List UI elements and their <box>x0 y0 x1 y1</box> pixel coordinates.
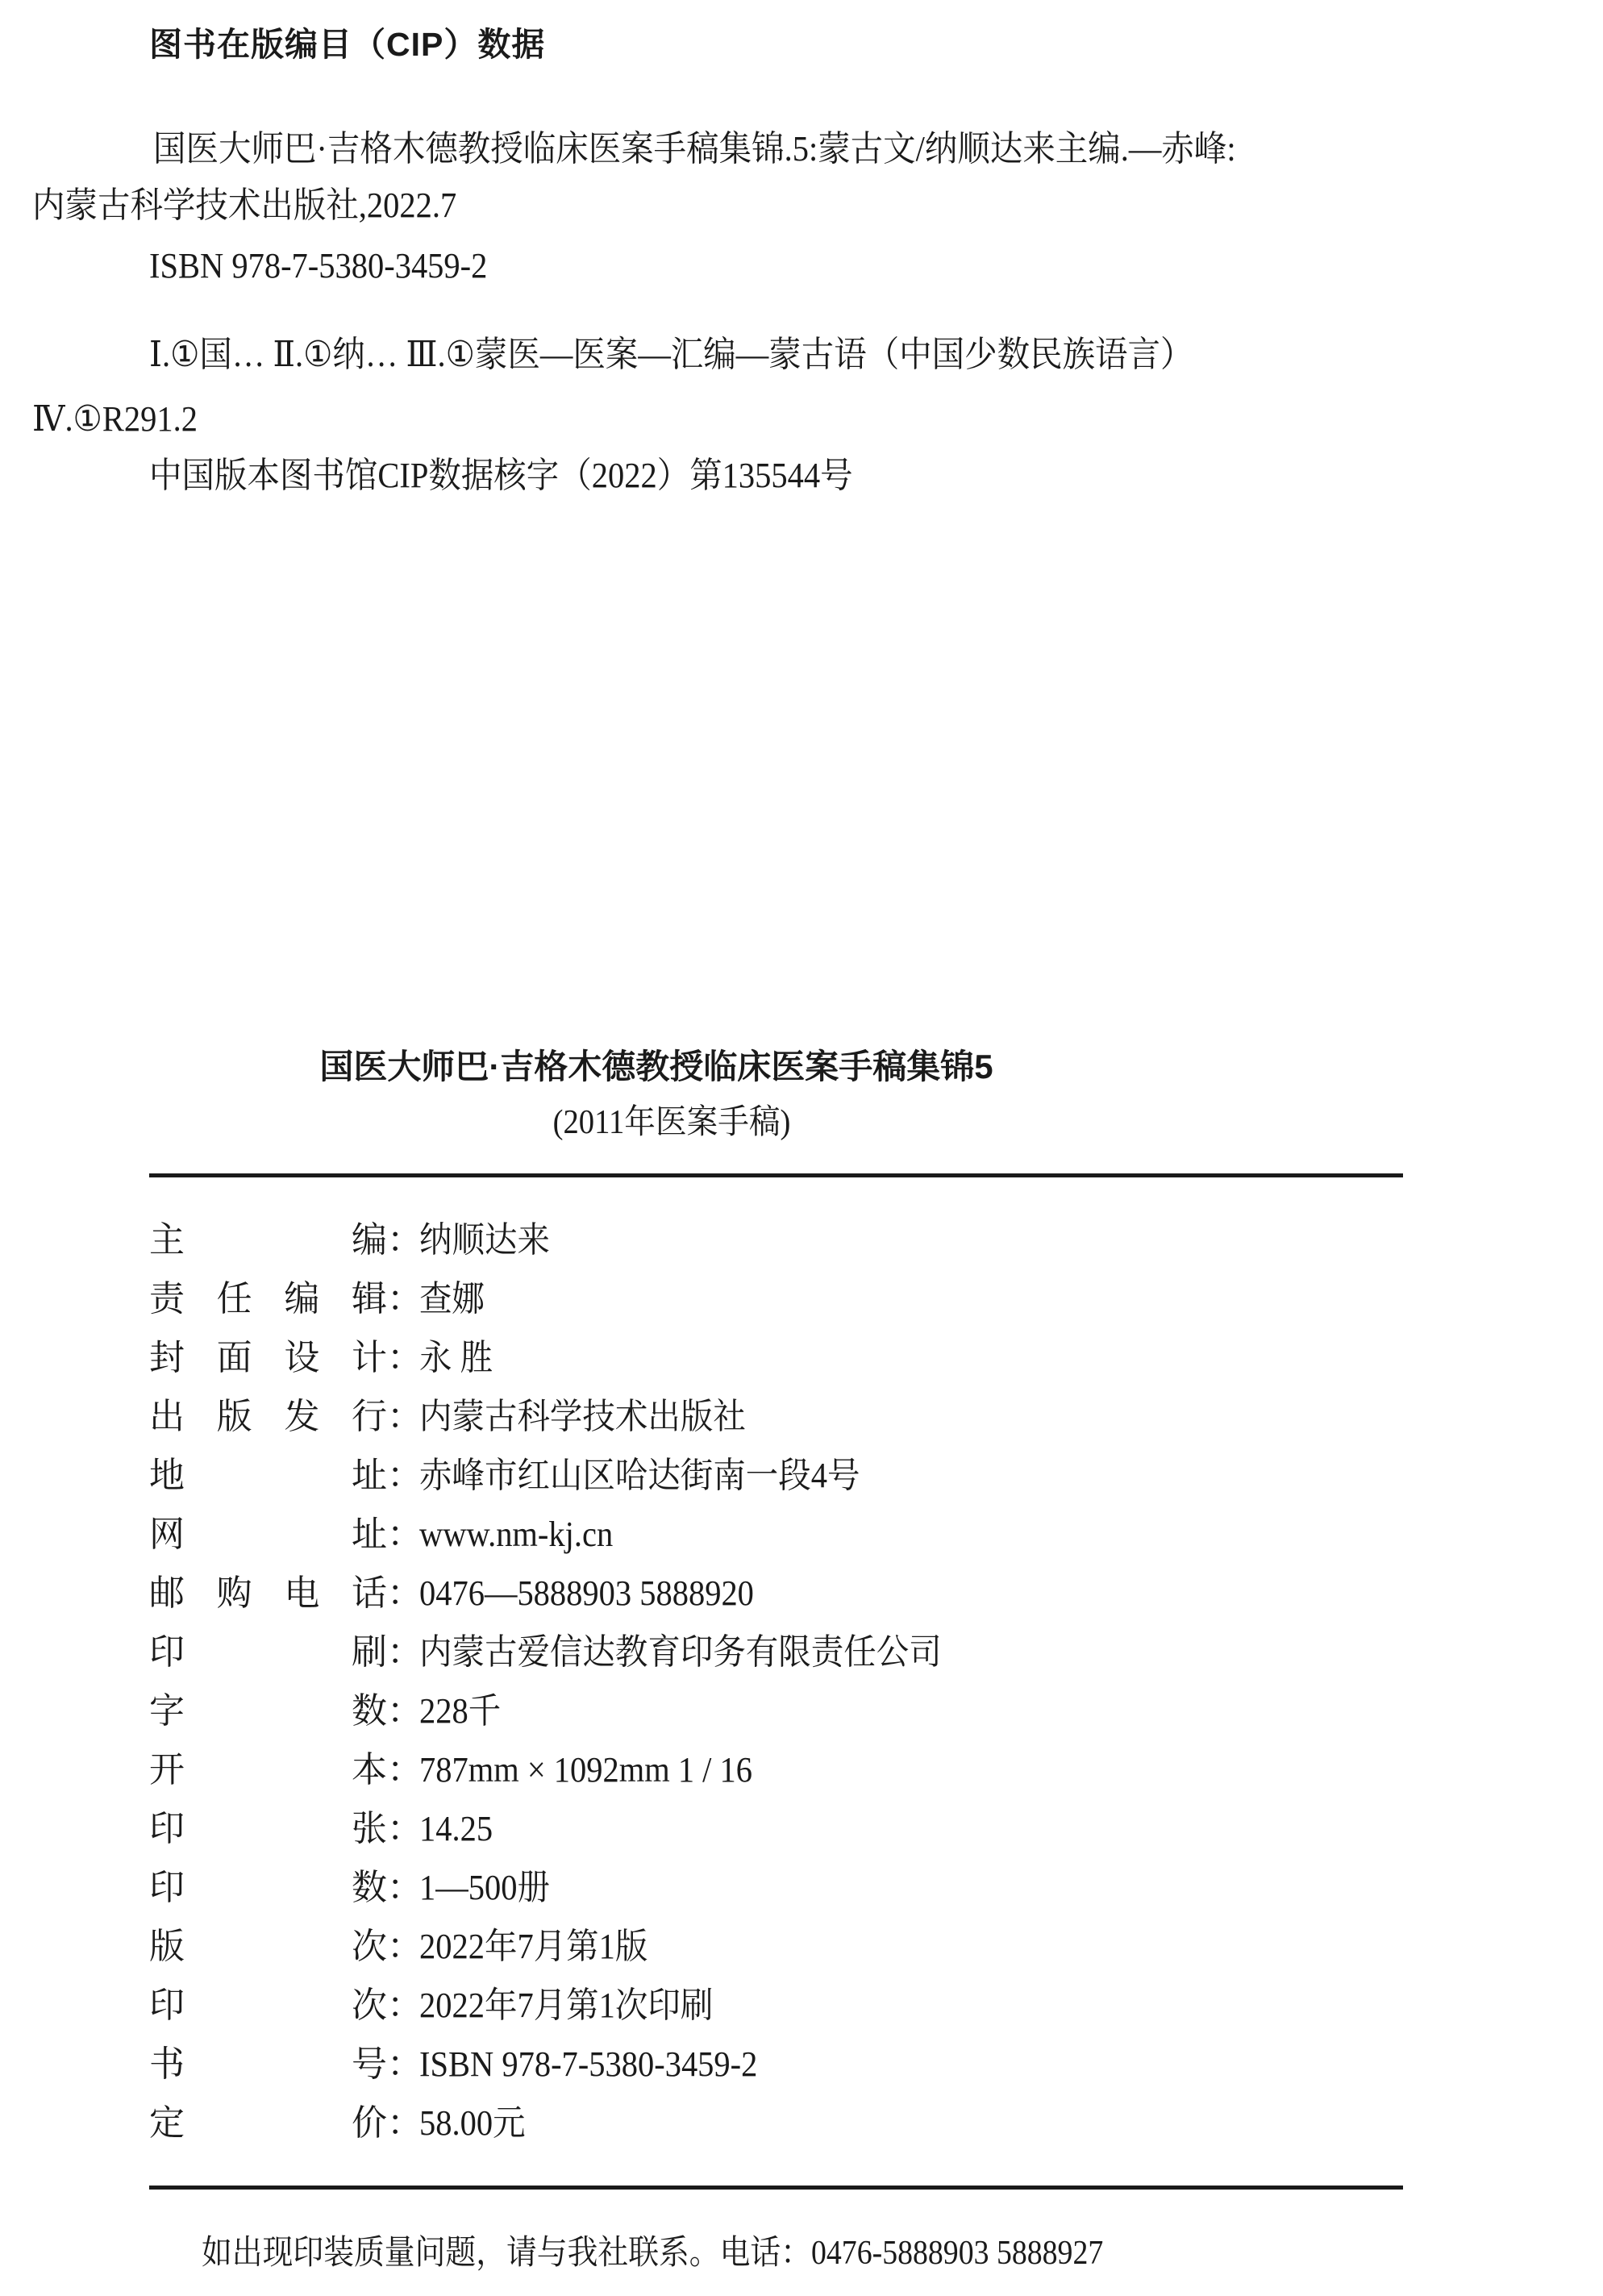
detail-value: 纳顺达来 <box>419 1216 550 1265</box>
label-colon: ： <box>387 1805 419 1853</box>
detail-label: 邮购电话 <box>149 1569 387 1618</box>
label-colon: ： <box>387 1216 419 1265</box>
label-colon: ： <box>387 1569 419 1618</box>
detail-label-char: 开 <box>149 1746 185 1794</box>
label-colon: ： <box>387 1334 419 1382</box>
detail-label-char: 邮 <box>149 1569 185 1618</box>
detail-row: 邮购电话：0476—5888903 5888920 <box>149 1569 783 1618</box>
label-colon: ： <box>387 1511 419 1559</box>
detail-value: 内蒙古爱信达教育印务有限责任公司 <box>419 1628 942 1677</box>
detail-label-char: 次 <box>352 1923 387 1971</box>
detail-value: 228千 <box>419 1687 501 1736</box>
detail-label: 出版发行 <box>149 1393 387 1441</box>
detail-label: 定价 <box>149 2099 387 2148</box>
detail-label-char: 发 <box>284 1393 319 1441</box>
detail-label-char: 版 <box>149 1923 185 1971</box>
top-divider <box>149 1173 1403 1177</box>
detail-label-char: 任 <box>217 1275 252 1323</box>
detail-label: 封面设计 <box>149 1334 387 1382</box>
detail-label: 地址 <box>149 1452 387 1500</box>
detail-value: 787mm × 1092mm 1 / 16 <box>419 1746 752 1794</box>
label-colon: ： <box>387 1393 419 1441</box>
detail-label-char: 址 <box>352 1452 387 1500</box>
detail-value: ISBN 978-7-5380-3459-2 <box>419 2040 757 2089</box>
detail-label-char: 出 <box>149 1393 185 1441</box>
detail-label-char: 责 <box>149 1275 185 1323</box>
detail-label-char: 电 <box>284 1569 319 1618</box>
detail-label-char: 印 <box>149 1805 185 1853</box>
label-colon: ： <box>387 1746 419 1794</box>
label-colon: ： <box>387 1628 419 1677</box>
detail-label: 版次 <box>149 1923 387 1971</box>
cip-line-isbn: ISBN 978-7-5380-3459-2 <box>149 248 487 284</box>
detail-label: 开本 <box>149 1746 387 1794</box>
detail-label-char: 本 <box>352 1746 387 1794</box>
cip-line-publisher: 内蒙古科学技术出版社,2022.7 <box>32 188 456 223</box>
detail-label: 网址 <box>149 1511 387 1559</box>
detail-value: 1—500册 <box>419 1864 550 1912</box>
detail-label-char: 编 <box>352 1216 387 1265</box>
detail-label-char: 地 <box>149 1452 185 1500</box>
detail-label-char: 书 <box>149 2040 185 2089</box>
label-colon: ： <box>387 1923 419 1971</box>
detail-label-char: 编 <box>284 1275 319 1323</box>
detail-row: 印刷：内蒙古爱信达教育印务有限责任公司 <box>149 1628 987 1677</box>
detail-label: 印张 <box>149 1805 387 1853</box>
cip-line-subjects: Ⅰ.①国… Ⅱ.①纳… Ⅲ.①蒙医—医案—汇编—蒙古语（中国少数民族语言） <box>149 337 1193 373</box>
label-colon: ： <box>387 1981 419 2030</box>
label-colon: ： <box>387 1687 419 1736</box>
cip-line-title: 国医大师巴·吉格木德教授临床医案手稿集锦.5:蒙古文/纳顺达来主编.—赤峰: <box>153 131 1236 167</box>
detail-label-char: 价 <box>352 2099 387 2148</box>
detail-row: 网址：www.nm-kj.cn <box>149 1511 630 1559</box>
detail-value: 58.00元 <box>419 2099 526 2148</box>
detail-label-char: 印 <box>149 1981 185 2030</box>
detail-label: 责任编辑 <box>149 1275 387 1323</box>
detail-row: 字数：228千 <box>149 1687 508 1736</box>
cip-line-classification: Ⅳ.①R291.2 <box>32 402 198 437</box>
detail-label-char: 话 <box>352 1569 387 1618</box>
detail-row: 印数：1—500册 <box>149 1864 561 1912</box>
detail-label: 字数 <box>149 1687 387 1736</box>
detail-label-char: 封 <box>149 1334 185 1382</box>
detail-label-char: 计 <box>352 1334 387 1382</box>
detail-label-char: 刷 <box>352 1628 387 1677</box>
detail-label-char: 辑 <box>352 1275 387 1323</box>
detail-label-char: 主 <box>149 1216 185 1265</box>
detail-label-char: 购 <box>217 1569 252 1618</box>
detail-label: 印数 <box>149 1864 387 1912</box>
detail-row: 书号：ISBN 978-7-5380-3459-2 <box>149 2040 787 2089</box>
detail-label-char: 张 <box>352 1805 387 1853</box>
detail-label-char: 数 <box>352 1864 387 1912</box>
book-subtitle: (2011年医案手稿) <box>65 1095 1539 1144</box>
book-title: 国医大师巴·吉格木德教授临床医案手稿集锦5 <box>0 1040 1603 1089</box>
label-colon: ： <box>387 1275 419 1323</box>
detail-row: 地址：赤峰市红山区哈达街南一段4号 <box>149 1452 898 1500</box>
detail-label-char: 面 <box>217 1334 252 1382</box>
detail-value: 0476—5888903 5888920 <box>419 1569 754 1618</box>
detail-label: 主编 <box>149 1216 387 1265</box>
detail-label-char: 印 <box>149 1864 185 1912</box>
detail-label-char: 数 <box>352 1687 387 1736</box>
detail-label-char: 字 <box>149 1687 185 1736</box>
cip-line-record-number: 中国版本图书馆CIP数据核字（2022）第135544号 <box>149 458 853 494</box>
label-colon: ： <box>387 2099 419 2148</box>
detail-label-char: 定 <box>149 2099 185 2148</box>
detail-label-char: 版 <box>217 1393 252 1441</box>
detail-value: 查娜 <box>419 1275 485 1323</box>
label-colon: ： <box>387 1864 419 1912</box>
detail-row: 责任编辑：查娜 <box>149 1275 490 1323</box>
detail-label-char: 次 <box>352 1981 387 2030</box>
detail-label-char: 网 <box>149 1511 185 1559</box>
detail-row: 定价：58.00元 <box>149 2099 535 2148</box>
detail-label: 书号 <box>149 2040 387 2089</box>
detail-row: 版次：2022年7月第1版 <box>149 1923 668 1971</box>
detail-label-char: 行 <box>352 1393 387 1441</box>
detail-value: 永 胜 <box>419 1334 493 1382</box>
detail-value: 赤峰市红山区哈达街南一段4号 <box>419 1452 860 1500</box>
detail-value: 内蒙古科学技术出版社 <box>419 1393 746 1441</box>
detail-label: 印刷 <box>149 1628 387 1677</box>
label-colon: ： <box>387 2040 419 2089</box>
detail-label-char: 设 <box>284 1334 319 1382</box>
cip-heading: 图书在版编目（CIP）数据 <box>149 18 545 65</box>
detail-row: 开本：787mm × 1092mm 1 / 16 <box>149 1746 781 1794</box>
detail-label-char: 印 <box>149 1628 185 1677</box>
detail-label-char: 址 <box>352 1511 387 1559</box>
detail-value: 14.25 <box>419 1805 493 1853</box>
detail-row: 出版发行：内蒙古科学技术出版社 <box>149 1393 774 1441</box>
label-colon: ： <box>387 1452 419 1500</box>
detail-label-char: 号 <box>352 2040 387 2089</box>
bottom-divider <box>149 2186 1403 2190</box>
quality-contact-note: 如出现印装质量问题，请与我社联系。电话：0476-5888903 5888927 <box>202 2226 1103 2274</box>
detail-value: 2022年7月第1版 <box>419 1923 647 1971</box>
detail-value: 2022年7月第1次印刷 <box>419 1981 713 2030</box>
detail-row: 主编：纳顺达来 <box>149 1216 561 1265</box>
detail-row: 印张：14.25 <box>149 1805 499 1853</box>
detail-row: 印次：2022年7月第1次印刷 <box>149 1981 739 2030</box>
detail-value: www.nm-kj.cn <box>419 1511 613 1559</box>
detail-row: 封面设计：永 胜 <box>149 1334 499 1382</box>
detail-label: 印次 <box>149 1981 387 2030</box>
